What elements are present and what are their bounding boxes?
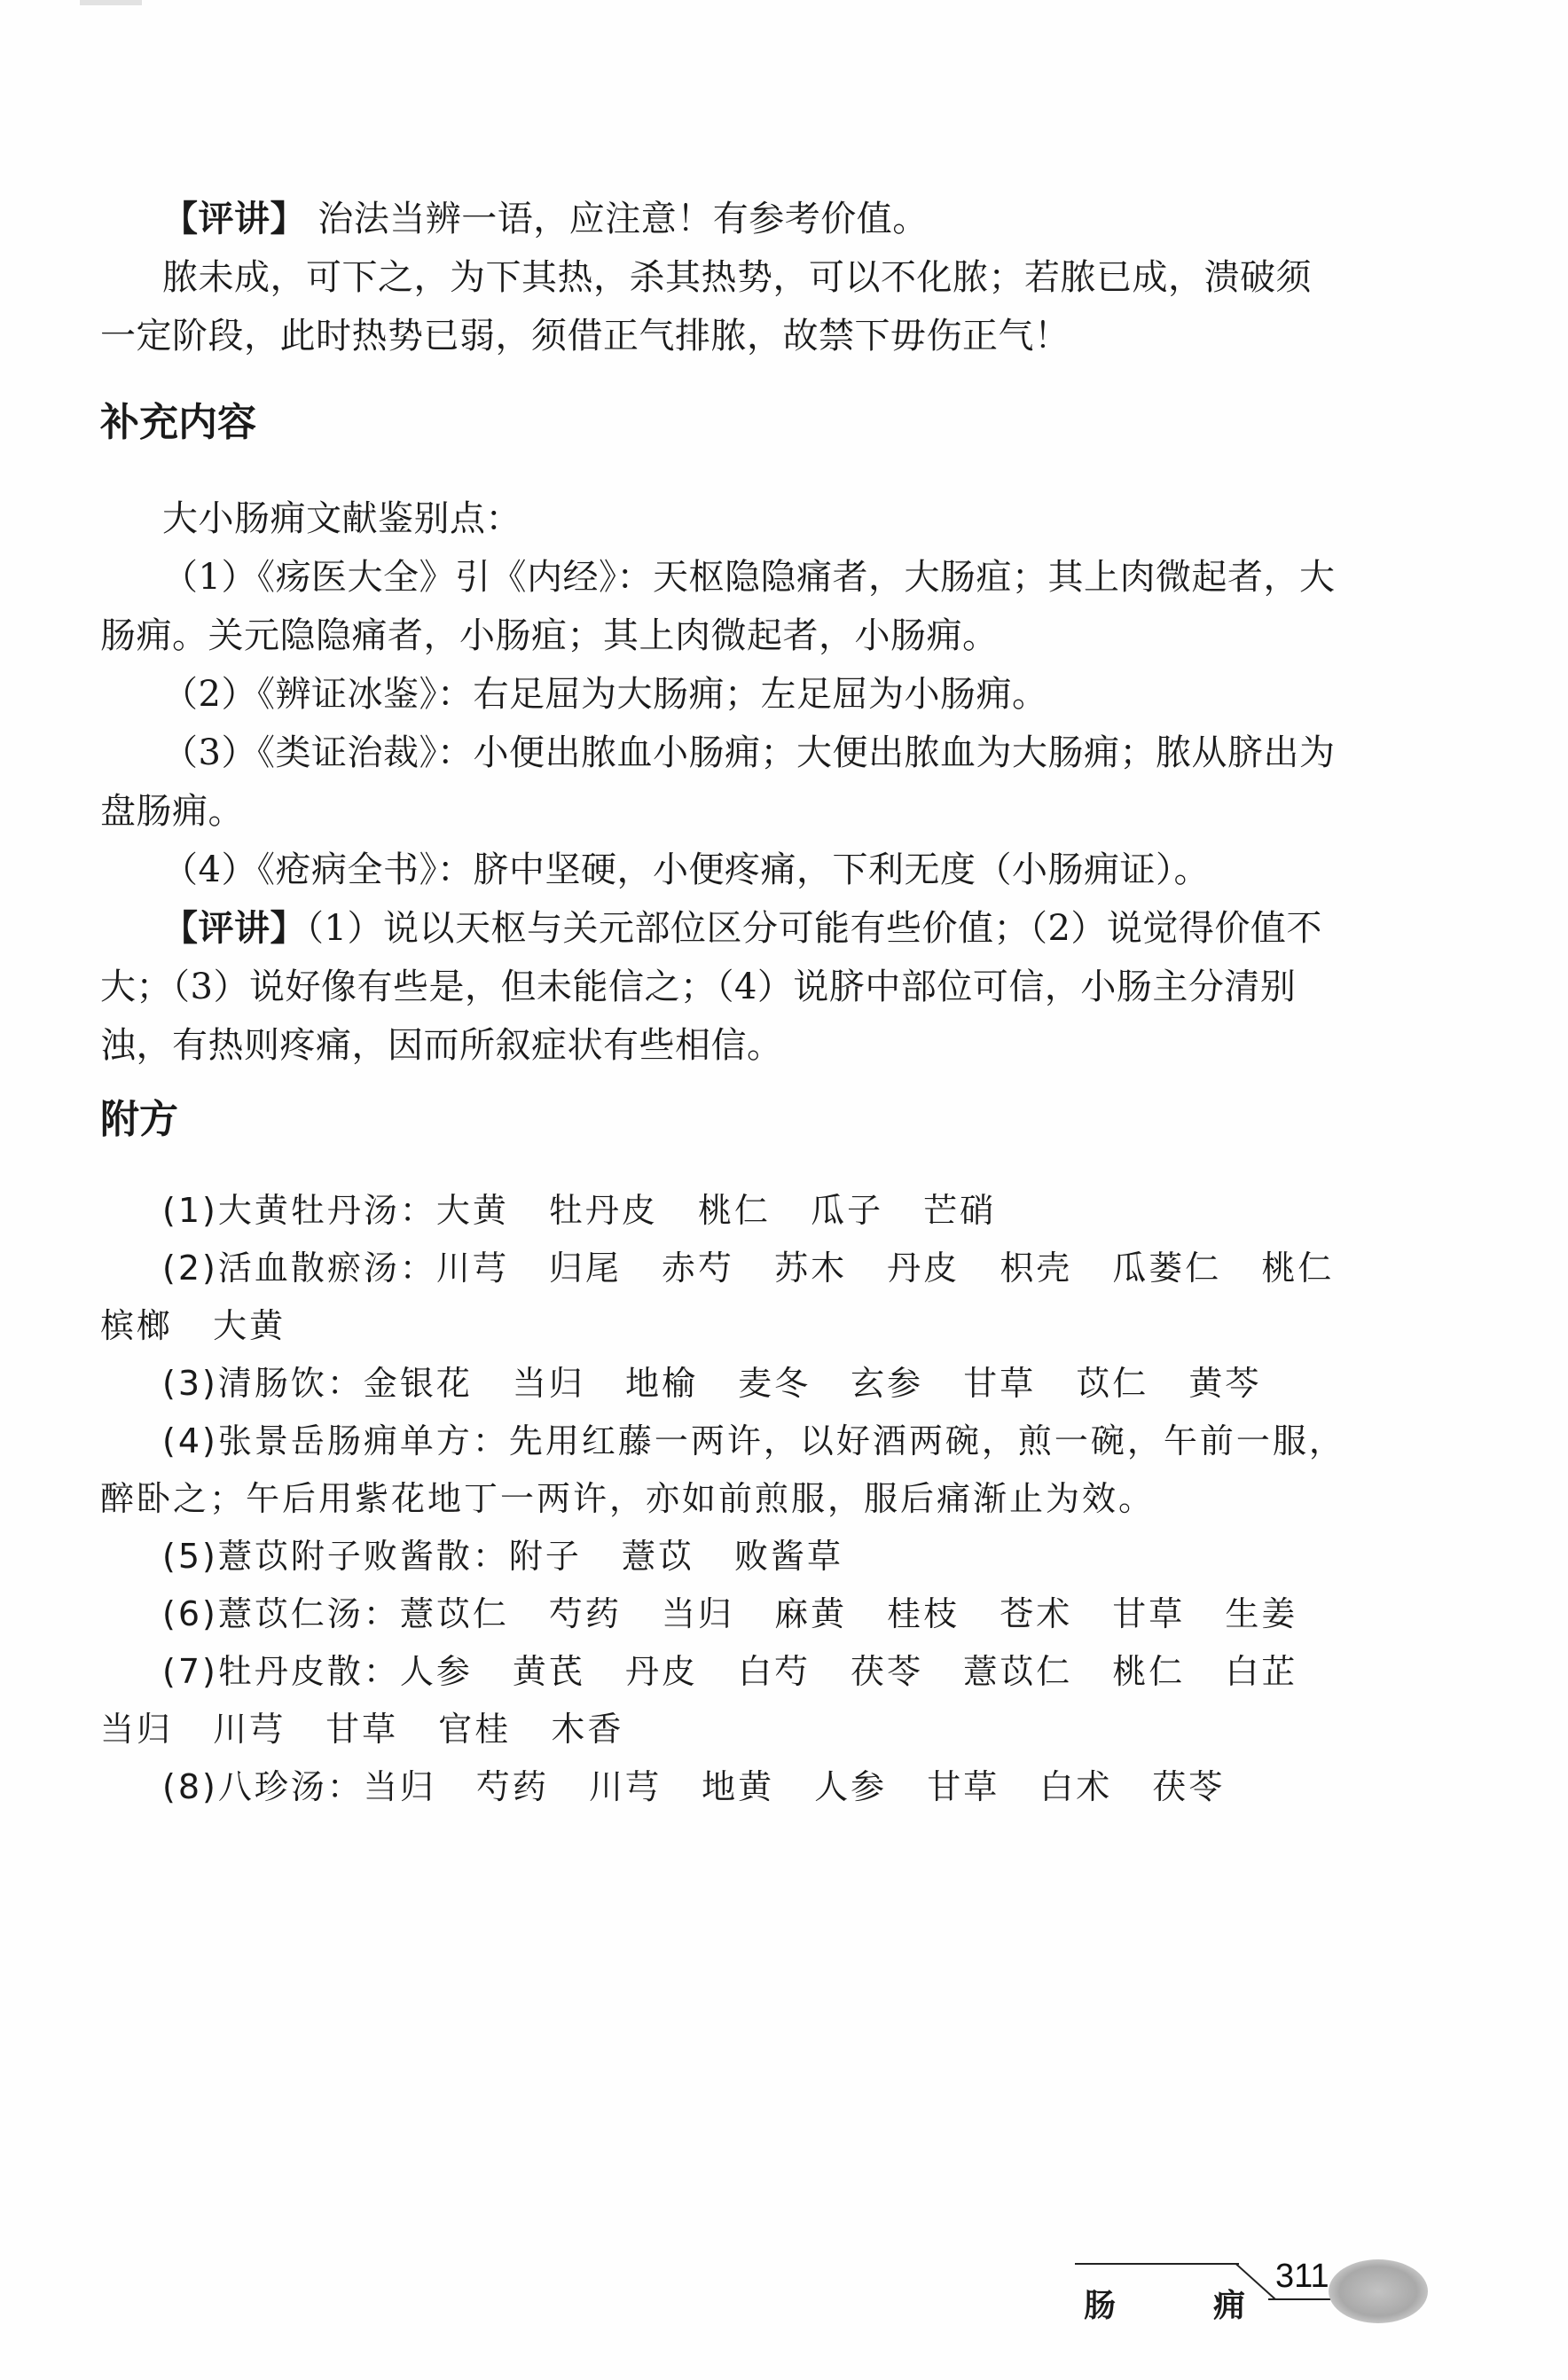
supplement-item-line: （3）《类证治裁》：小便出脓血小肠痈；大便出脓血为大肠痈；脓从脐出为	[162, 731, 1501, 775]
supplement-item-line: （1）《疡医大全》引《内经》：天枢隐隐痛者，大肠疽；其上肉微起者，大	[162, 555, 1501, 599]
formula-line: 醉卧之；午后用紫花地丁一两许，亦如前煎服，服后痛渐止为效。	[100, 1476, 1439, 1521]
scan-artifact	[80, 0, 142, 5]
supplement-item-line: 盘肠痈。	[100, 789, 1439, 834]
footer-rule	[1075, 2263, 1239, 2265]
supplement-item-line: （4）《疮病全书》：脐中坚硬，小便疼痛，下利无度（小肠痈证）。	[162, 848, 1501, 892]
formula-line: (8)八珍汤：当归 芍药 川芎 地黄 人参 甘草 白术 茯苓	[162, 1765, 1501, 1809]
commentary-line: 大；（3）说好像有些是，但未能信之；（4）说脐中部位可信，小肠主分清别	[100, 965, 1439, 1009]
commentary-line: 浊，有热则疼痛，因而所叙症状有些相信。	[100, 1023, 1439, 1068]
supplement-item-line: （2）《辨证冰鉴》：右足屈为大肠痈；左足屈为小肠痈。	[162, 672, 1501, 716]
commentary-text: （1）说以天枢与关元部位区分可能有些价值；（2）说觉得价值不	[306, 908, 1322, 949]
commentary-label: 【评讲】	[162, 907, 306, 949]
paragraph-line: 脓未成，可下之，为下其热，杀其热势，可以不化脓；若脓已成，溃破须	[162, 255, 1501, 300]
commentary-line: 【评讲】 治法当辨一语，应注意！有参考价值。	[162, 197, 1501, 241]
formula-line: (2)活血散瘀汤：川芎 归尾 赤芍 苏木 丹皮 枳壳 瓜蒌仁 桃仁	[162, 1246, 1501, 1290]
supplement-item-line: 肠痈。关元隐隐痛者，小肠疽；其上肉微起者，小肠痈。	[100, 614, 1439, 658]
book-page: 【评讲】 治法当辨一语，应注意！有参考价值。 脓未成，可下之，为下其热，杀其热势…	[0, 0, 1568, 2380]
landscape-emblem-icon	[1329, 2259, 1428, 2323]
section-heading-supplement: 补充内容	[100, 399, 256, 447]
formula-line: (7)牡丹皮散：人参 黄芪 丹皮 白芍 茯苓 薏苡仁 桃仁 白芷	[162, 1649, 1501, 1694]
formula-line: (3)清肠饮：金银花 当归 地榆 麦冬 玄参 甘草 苡仁 黄芩	[162, 1361, 1501, 1405]
page-number: 311	[1275, 2258, 1329, 2296]
commentary-line: 【评讲】（1）说以天枢与关元部位区分可能有些价值；（2）说觉得价值不	[162, 906, 1501, 951]
commentary-label: 【评讲】	[162, 198, 306, 239]
supplement-intro: 大小肠痈文献鉴别点：	[162, 497, 1501, 541]
formula-line: (5)薏苡附子败酱散：附子 薏苡 败酱草	[162, 1534, 1501, 1578]
formula-line: (1)大黄牡丹汤：大黄 牡丹皮 桃仁 瓜子 芒硝	[162, 1188, 1501, 1233]
formula-line: (4)张景岳肠痈单方：先用红藤一两许，以好酒两碗，煎一碗，午前一服，	[162, 1419, 1501, 1463]
formula-line: 槟榔 大黄	[100, 1304, 1439, 1348]
paragraph-line: 一定阶段，此时热势已弱，须借正气排脓，故禁下毋伤正气！	[100, 314, 1439, 358]
section-heading-formulas: 附方	[100, 1096, 178, 1144]
formula-line: 当归 川芎 甘草 官桂 木香	[100, 1707, 1439, 1751]
formula-line: (6)薏苡仁汤：薏苡仁 芍药 当归 麻黄 桂枝 苍术 甘草 生姜	[162, 1592, 1501, 1636]
commentary-text: 治法当辨一语，应注意！有参考价值。	[306, 199, 929, 239]
